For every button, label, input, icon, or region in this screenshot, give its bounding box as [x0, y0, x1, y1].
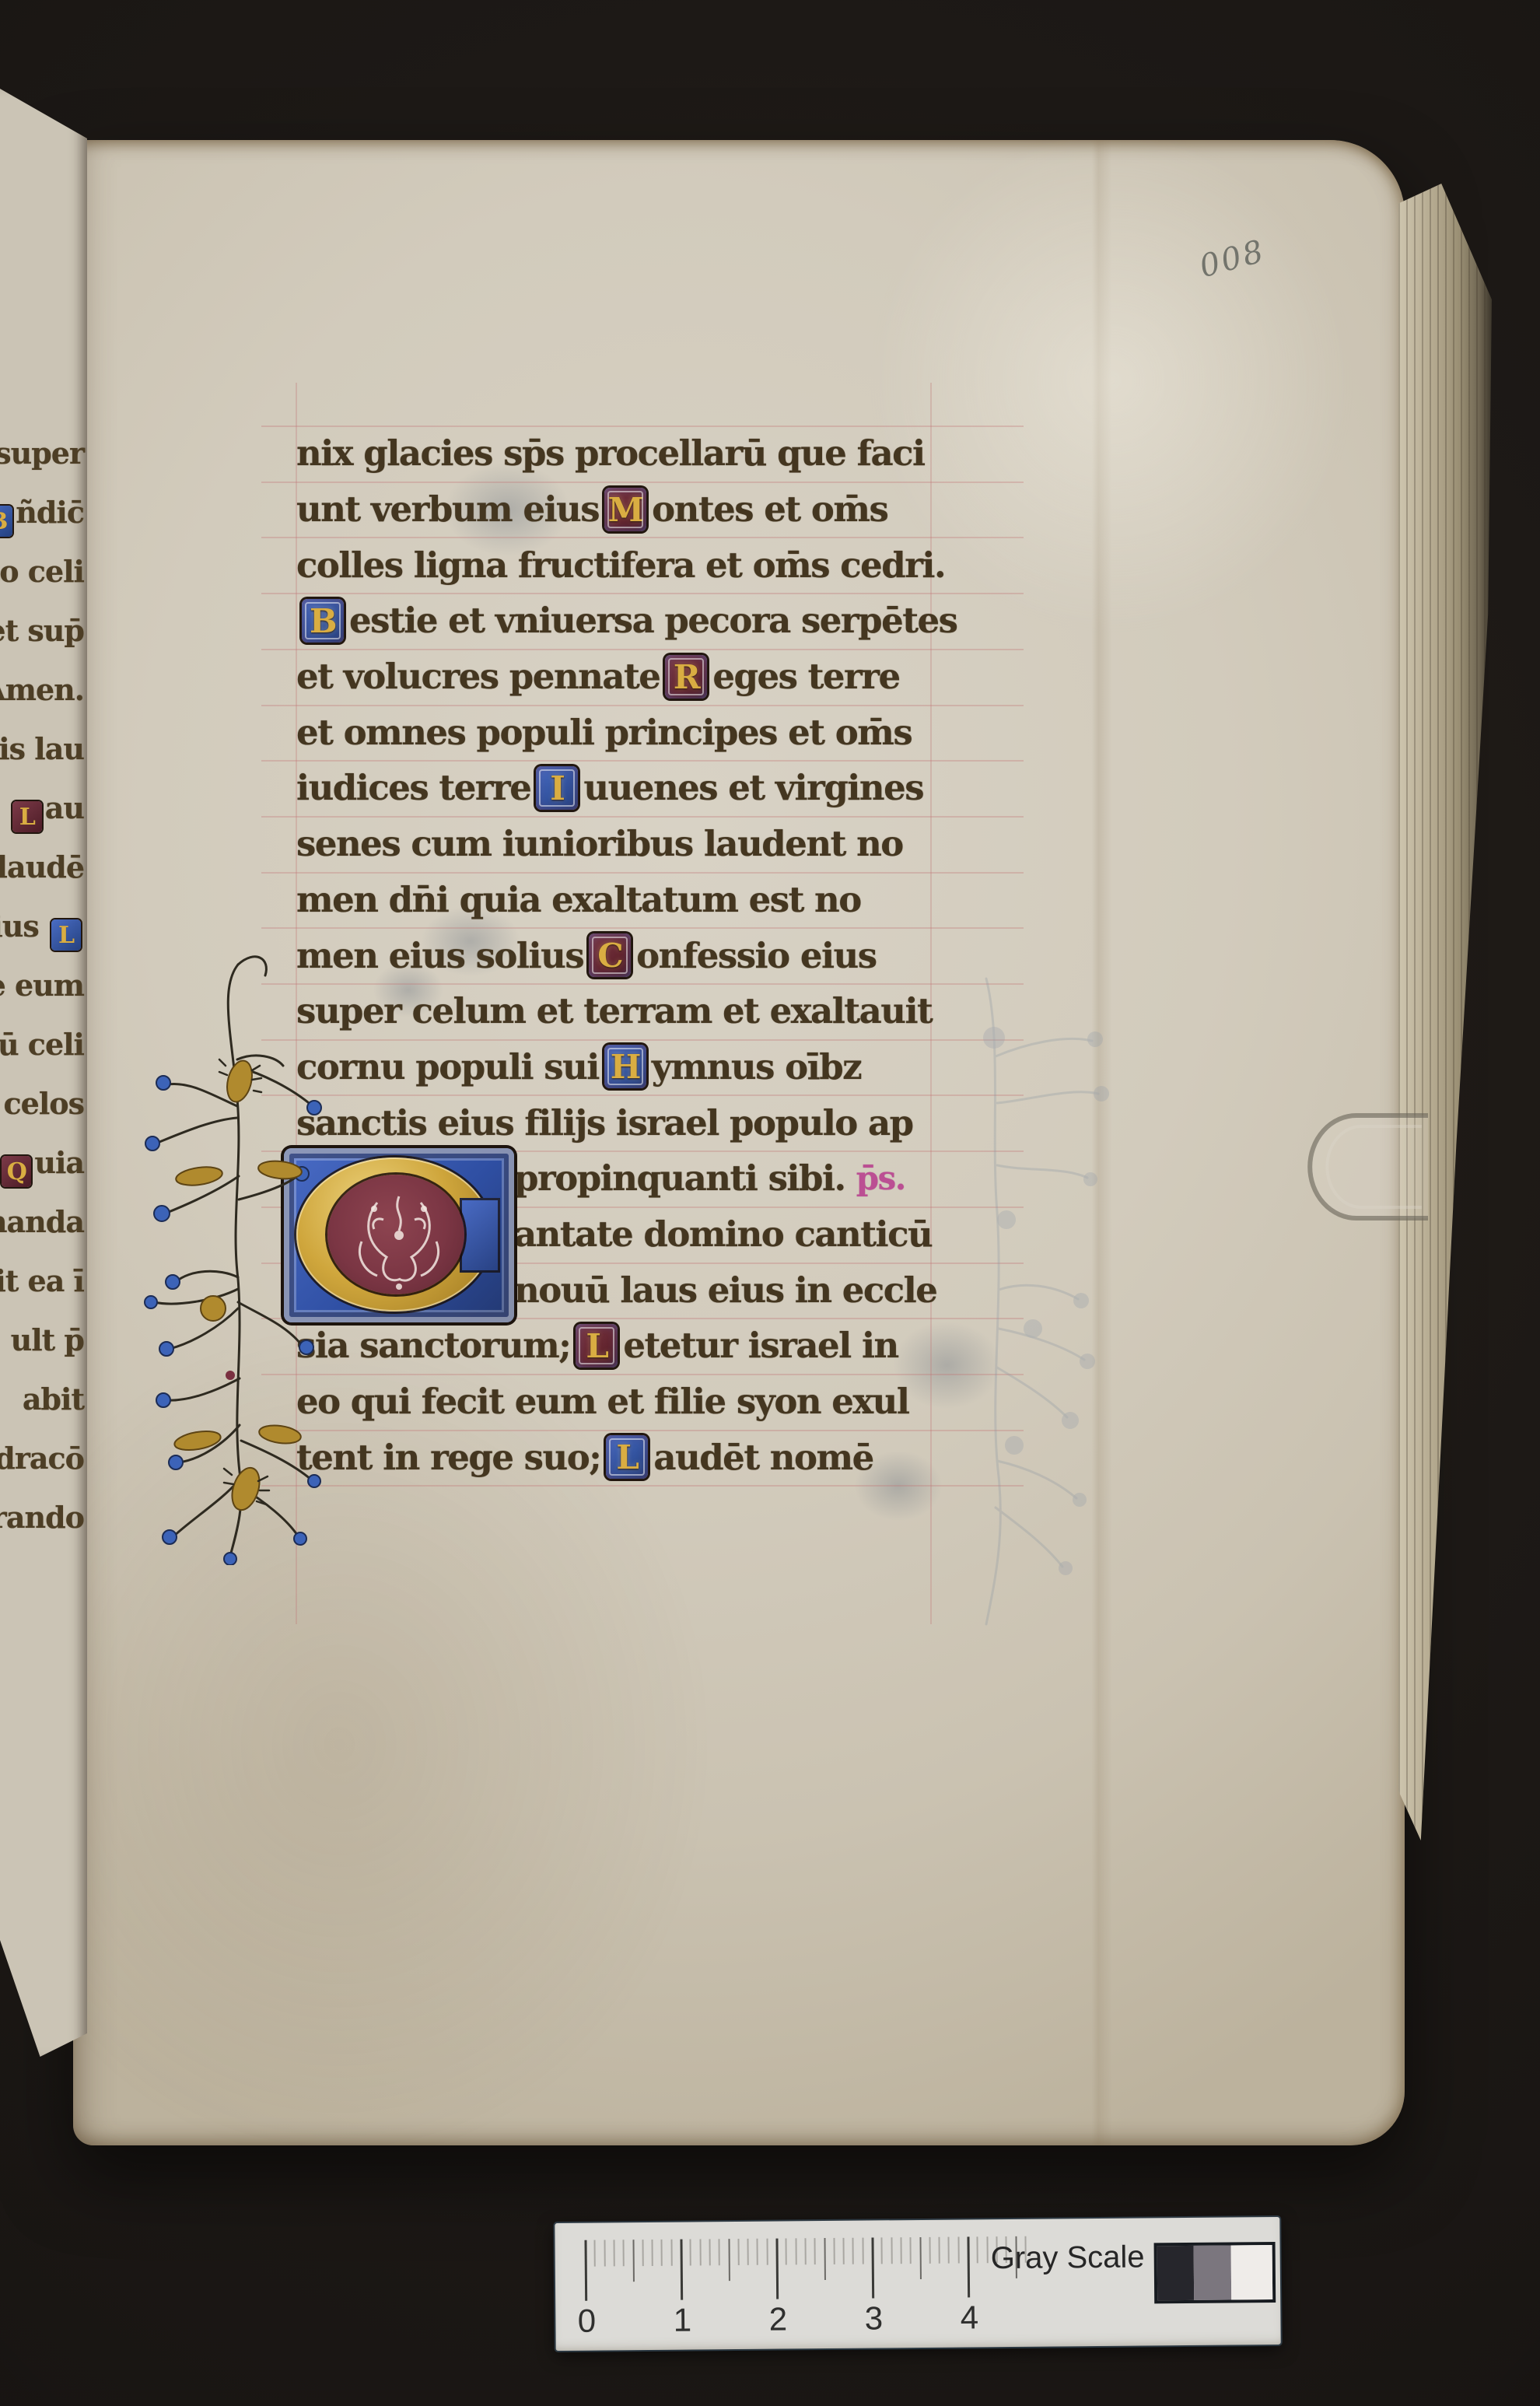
facing-line-text: ū Quia: [0, 1145, 84, 1187]
facing-line-text: te eū celi: [0, 1027, 84, 1062]
facing-line-text: Bñdic̄: [0, 495, 84, 537]
ruler-tick: [852, 2238, 854, 2264]
facing-line: la. Amen.: [0, 669, 87, 728]
facing-line: date eum: [0, 965, 87, 1024]
text-line: sanctis eius filijs israel populo ap: [296, 1094, 985, 1150]
line-text: super celum et terram et exaltauit: [296, 990, 932, 1031]
line-text: au: [45, 790, 84, 825]
facing-line: celis lau: [0, 728, 87, 787]
page-clip: [1297, 1095, 1430, 1248]
rubric-ps: p̄s.: [856, 1159, 905, 1197]
facing-line: abit: [0, 1378, 87, 1438]
gray-patch: [1194, 2245, 1231, 2299]
line-text: uit ea ī: [0, 1263, 84, 1298]
ruler-tick: [699, 2239, 701, 2265]
gray-scale-label: Gray Scale: [991, 2240, 1145, 2276]
line-text: ult p̄: [11, 1322, 84, 1357]
text-line: eo qui fecit eum et filie syon exul: [296, 1374, 985, 1430]
facing-line-text: ento celi: [0, 554, 84, 589]
line-text: nix glacies sp̄s procellarū que faci: [296, 433, 925, 474]
facing-line-text: is Lau: [0, 790, 84, 832]
ruler-tick: [613, 2240, 614, 2266]
illuminated-initial: H: [604, 1045, 646, 1088]
manuscript-photo: nix glacies sp̄s procellarū que faciunt …: [0, 0, 1540, 2406]
facing-line-text: s grando: [0, 1500, 84, 1535]
ruler-tick: [604, 2240, 605, 2267]
facing-line-text: date eum: [0, 968, 84, 1003]
line-text: ento celi: [0, 554, 84, 589]
ruler-tick: [977, 2236, 978, 2263]
line-text: et volucres pennate: [296, 656, 660, 697]
text-block: nix glacies sp̄s procellarū que faciunt …: [296, 426, 985, 1485]
facing-line: te eū celi: [0, 1024, 87, 1083]
text-line: senes cum iunioribus laudent no: [296, 816, 985, 872]
line-text: s grando: [0, 1500, 84, 1535]
facing-line-text: ius laudē: [0, 849, 84, 884]
ruler-tick: [957, 2237, 959, 2264]
line-text: s et sup̄: [0, 613, 84, 648]
text-line: cornu populi suiHymnus oībz: [296, 1039, 985, 1095]
ruler-tick: [680, 2240, 683, 2300]
line-text: ymnus oībz: [652, 1046, 861, 1087]
ruler-tick: [939, 2237, 940, 2264]
text-line: colles ligna fructifera et om̄s cedri.: [296, 537, 985, 593]
text-line: sia sanctorum;Letetur israel in: [296, 1318, 985, 1374]
facing-line-text: abit: [23, 1382, 84, 1417]
calibration-card: 01234 Gray Scale: [555, 2217, 1280, 2351]
ruler-number: 3: [858, 2299, 889, 2337]
facing-line: ento celi: [0, 551, 87, 610]
illuminated-initial: L: [606, 1435, 648, 1479]
facing-line: Bñdic̄: [0, 492, 87, 551]
text-line: iudices terreIuuenes et virgines: [296, 760, 985, 816]
facing-line-text: s et sup̄: [0, 613, 84, 648]
ruler-number: 0: [571, 2303, 602, 2340]
line-text: men dn̄i quia exaltatum est no: [296, 879, 861, 920]
illuminated-initial: L: [12, 801, 42, 832]
facing-line-text: s et super: [0, 436, 84, 471]
line-text: ius laudē: [0, 849, 84, 884]
line-text: manda: [0, 1204, 84, 1239]
gray-scale-patches: [1154, 2242, 1276, 2303]
ruler-tick: [632, 2240, 634, 2282]
illuminated-initial: B: [302, 599, 344, 643]
facing-line: ū Quia: [0, 1142, 87, 1201]
ruler-tick: [757, 2239, 758, 2265]
ruler: [584, 2236, 1052, 2306]
facing-line: ult p̄: [0, 1319, 87, 1378]
illuminated-initial: Q: [2, 1156, 31, 1187]
line-text: onfessio eius: [636, 935, 876, 976]
gray-patch: [1157, 2246, 1195, 2300]
ruler-tick: [661, 2240, 663, 2266]
facing-page-edge: s et super Bñdic̄ ento celi s et sup̄ la…: [0, 89, 87, 2057]
line-text: uuenes et virgines: [583, 767, 923, 808]
ruler-tick: [833, 2238, 835, 2264]
line-text: unt verbum eius: [296, 489, 599, 530]
line-text: sup celos: [0, 1086, 84, 1121]
facing-line: ius laudē: [0, 846, 87, 905]
fore-edge-stack: [1398, 184, 1492, 1840]
illuminated-initial: C: [589, 933, 631, 977]
line-text: antate domino canticū: [514, 1214, 932, 1255]
line-text: s et super: [0, 436, 84, 471]
ruler-tick: [986, 2236, 988, 2263]
facing-line-text: uit ea ī: [0, 1263, 84, 1298]
line-text: sanctis eius filijs israel populo ap: [296, 1102, 913, 1143]
illuminated-initial: L: [576, 1324, 618, 1368]
ruler-tick: [737, 2239, 739, 2265]
line-text: uia: [34, 1145, 84, 1180]
ruler-tick: [623, 2240, 625, 2266]
text-line: super celum et terram et exaltauit: [296, 983, 985, 1039]
line-text: abit: [23, 1382, 84, 1417]
text-line: Bestie et vniuersa pecora serpētes: [296, 593, 985, 649]
ruler-tick: [862, 2238, 863, 2264]
ruler-number: 1: [667, 2301, 698, 2338]
text-line: et omnes populi principes et om̄s: [296, 704, 985, 760]
facing-line-text: sup celos: [0, 1086, 84, 1121]
ruler-number: 4: [954, 2299, 985, 2336]
line-text: date eum: [0, 968, 84, 1003]
ruler-number: 2: [762, 2300, 793, 2338]
ruler-tick: [786, 2238, 787, 2264]
text-line: men dn̄i quia exaltatum est no: [296, 872, 985, 928]
text-line: tent in rege suo;Laudēt nomē: [296, 1429, 985, 1485]
facing-page-text: s et super Bñdic̄ ento celi s et sup̄ la…: [0, 89, 87, 1556]
ruler-tick: [584, 2240, 587, 2301]
line-text: propinquanti sibi.: [514, 1157, 845, 1199]
marginal-flourish-icon: [138, 943, 344, 1565]
text-line: unt verbum eiusMontes et om̄s: [296, 482, 985, 538]
line-text: ontes et om̄s: [652, 489, 887, 530]
text-line: propinquanti sibi.p̄s.: [514, 1150, 985, 1207]
facing-line-text: ius L: [0, 909, 84, 951]
line-text: eo qui fecit eum et filie syon exul: [296, 1381, 909, 1422]
ruler-tick: [709, 2239, 710, 2265]
facing-line: dracō: [0, 1438, 87, 1497]
line-text: nouū laus eius in eccle: [514, 1270, 936, 1311]
ruler-tick: [747, 2239, 749, 2265]
ruler-tick: [871, 2237, 874, 2298]
illuminated-initial: R: [665, 655, 707, 699]
facing-line-text: dracō: [0, 1441, 84, 1476]
ruler-tick: [881, 2237, 883, 2264]
line-text: dracō: [0, 1441, 84, 1476]
line-text: ñdic̄: [16, 495, 84, 530]
ruler-tick: [670, 2240, 672, 2266]
show-through-flourish-icon: [940, 963, 1126, 1632]
ruler-tick: [814, 2238, 816, 2264]
line-text: audēt nomē: [653, 1437, 873, 1478]
text-line: nix glacies sp̄s procellarū que faci: [296, 426, 985, 482]
ruler-tick: [775, 2239, 779, 2299]
facing-line: ius L: [0, 905, 87, 965]
facing-line-text: celis lau: [0, 731, 84, 766]
facing-line-text: ult p̄: [11, 1322, 84, 1357]
line-text: etetur israel in: [623, 1325, 898, 1366]
facing-line: is Lau: [0, 787, 87, 846]
ruler-tick: [891, 2237, 892, 2264]
gray-patch: [1230, 2245, 1272, 2299]
line-text: la. Amen.: [0, 672, 84, 707]
line-text: colles ligna fructifera et om̄s cedri.: [296, 545, 945, 586]
illuminated-initial: L: [51, 919, 81, 951]
ruler-tick: [843, 2238, 845, 2264]
facing-line: s et super: [0, 433, 87, 492]
text-line: et volucres pennateReges terre: [296, 649, 985, 705]
facing-line-text: manda: [0, 1204, 84, 1239]
illuminated-initial: M: [604, 488, 646, 531]
facing-line: manda: [0, 1201, 87, 1260]
line-text: et omnes populi principes et om̄s: [296, 712, 912, 753]
facing-line: s grando: [0, 1497, 87, 1556]
illuminated-initial: B: [0, 506, 12, 537]
line-text: iudices terre: [296, 767, 530, 808]
ruler-tick: [594, 2240, 596, 2267]
ruler-tick: [652, 2240, 653, 2266]
text-line: men eius soliusConfessio eius: [296, 927, 985, 983]
ruling-line: [261, 1485, 1024, 1487]
ruler-tick: [690, 2240, 691, 2266]
line-text: senes cum iunioribus laudent no: [296, 823, 903, 864]
facing-line-text: la. Amen.: [0, 672, 84, 707]
text-line: nouū laus eius in eccle: [514, 1262, 985, 1318]
ruler-tick: [910, 2237, 912, 2264]
ruler-tick: [642, 2240, 643, 2266]
ruler-tick: [824, 2238, 825, 2280]
ruler-tick: [919, 2237, 921, 2279]
facing-line: s et sup̄: [0, 610, 87, 669]
facing-line: uit ea ī: [0, 1260, 87, 1319]
line-text: eges terre: [712, 656, 899, 697]
ruler-tick: [900, 2237, 901, 2264]
ruler-tick: [948, 2237, 950, 2264]
ruler-tick: [795, 2238, 796, 2264]
ruler-tick: [929, 2237, 930, 2264]
text-line: antate domino canticū: [514, 1207, 985, 1263]
ruler-tick: [967, 2236, 970, 2297]
line-text: is: [0, 790, 9, 825]
ruler-tick: [766, 2239, 768, 2265]
line-text: ius: [0, 909, 48, 944]
line-text: celis lau: [0, 731, 84, 766]
illuminated-initial: I: [536, 766, 578, 810]
line-text: te eū celi: [0, 1027, 84, 1062]
ruler-tick: [719, 2239, 720, 2265]
ruler-tick: [728, 2239, 730, 2281]
facing-line: sup celos: [0, 1083, 87, 1142]
ruler-tick: [804, 2238, 806, 2264]
line-text: estie et vniuersa pecora serpētes: [349, 600, 957, 641]
